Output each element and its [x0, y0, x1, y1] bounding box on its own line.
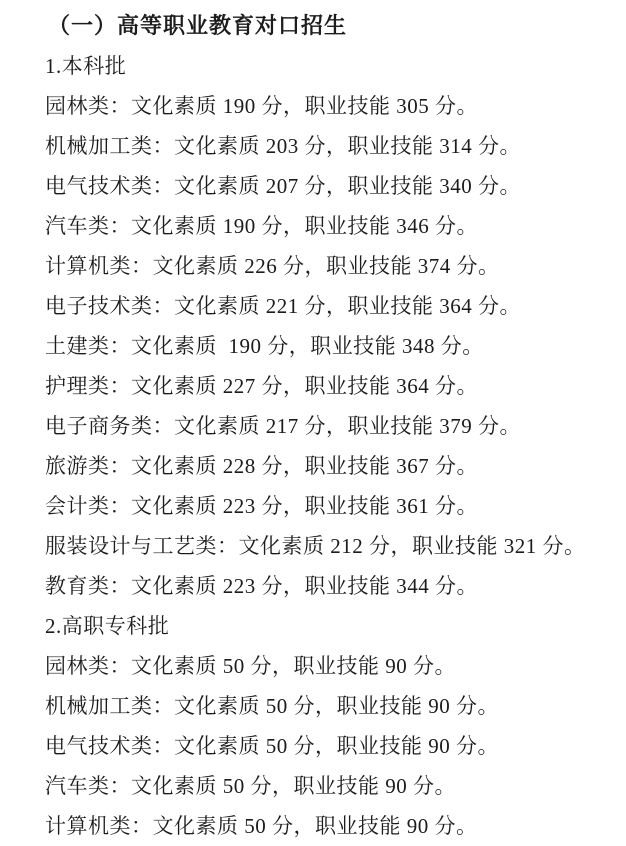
score-line-benke-tujian: 土建类：文化素质 190 分，职业技能 348 分。: [45, 326, 598, 366]
score-line-zhuanke-jixiejiagong: 机械加工类：文化素质 50 分，职业技能 90 分。: [45, 686, 598, 726]
score-line-benke-huli: 护理类：文化素质 227 分，职业技能 364 分。: [45, 366, 598, 406]
score-line-zhuanke-qiche: 汽车类：文化素质 50 分，职业技能 90 分。: [45, 766, 598, 806]
score-line-benke-jisuanji: 计算机类：文化素质 226 分，职业技能 374 分。: [45, 246, 598, 286]
score-line-zhuanke-dianqijishu: 电气技术类：文化素质 50 分，职业技能 90 分。: [45, 726, 598, 766]
score-line-benke-fuzhuangsheji: 服装设计与工艺类：文化素质 212 分，职业技能 321 分。: [45, 526, 598, 566]
score-line-benke-lvyou: 旅游类：文化素质 228 分，职业技能 367 分。: [45, 446, 598, 486]
score-line-benke-dianzijishu: 电子技术类：文化素质 221 分，职业技能 364 分。: [45, 286, 598, 326]
section-2-title: 2.高职专科批: [45, 606, 598, 646]
score-line-benke-dianzishangwu: 电子商务类：文化素质 217 分，职业技能 379 分。: [45, 406, 598, 446]
score-line-benke-jixiejiagong: 机械加工类：文化素质 203 分，职业技能 314 分。: [45, 126, 598, 166]
score-line-zhuanke-yuanlin: 园林类：文化素质 50 分，职业技能 90 分。: [45, 646, 598, 686]
score-line-benke-qiche: 汽车类：文化素质 190 分，职业技能 346 分。: [45, 206, 598, 246]
section-1-title: 1.本科批: [45, 46, 598, 86]
score-line-zhuanke-jisuanji: 计算机类：文化素质 50 分，职业技能 90 分。: [45, 806, 598, 846]
score-line-benke-dianqijishu: 电气技术类：文化素质 207 分，职业技能 340 分。: [45, 166, 598, 206]
score-line-benke-kuaiji: 会计类：文化素质 223 分，职业技能 361 分。: [45, 486, 598, 526]
score-line-benke-jiaoyu: 教育类：文化素质 223 分，职业技能 344 分。: [45, 566, 598, 606]
document-page: （一）高等职业教育对口招生 1.本科批 园林类：文化素质 190 分，职业技能 …: [0, 0, 626, 846]
score-line-benke-yuanlin: 园林类：文化素质 190 分，职业技能 305 分。: [45, 86, 598, 126]
document-heading: （一）高等职业教育对口招生: [45, 6, 598, 46]
